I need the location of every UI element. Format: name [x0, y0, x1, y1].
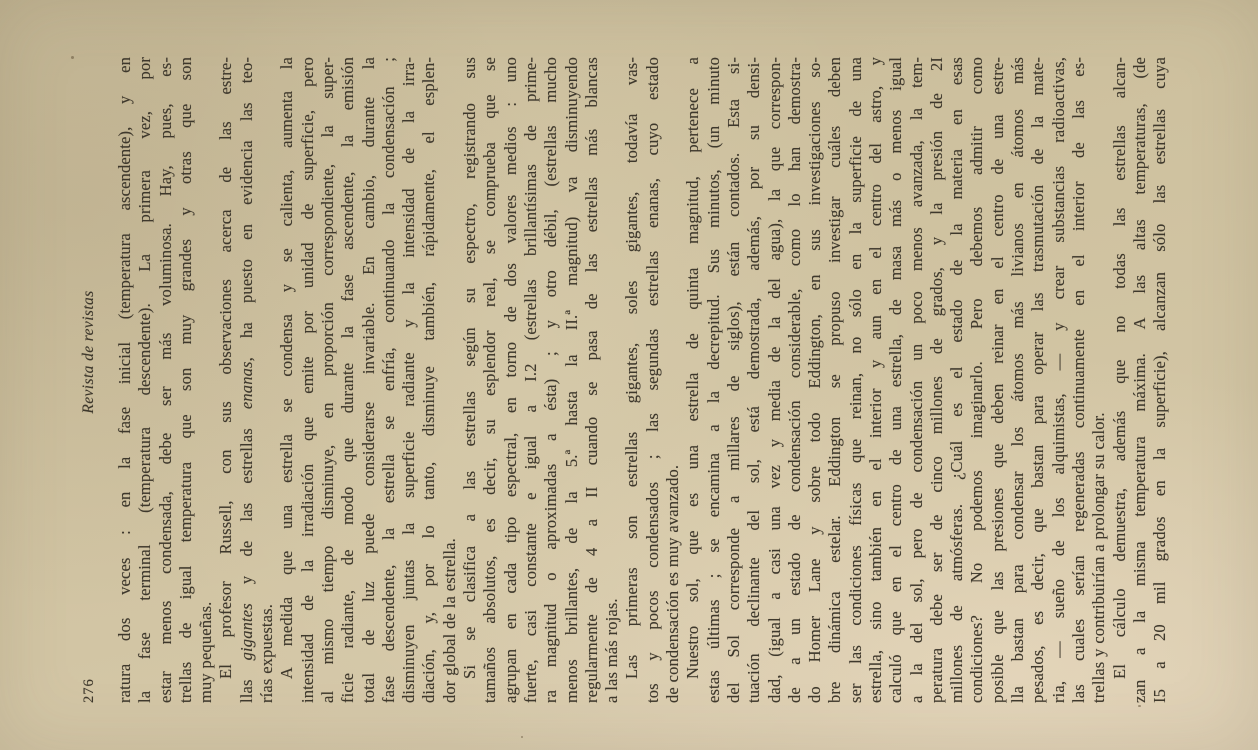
text-line: al mismo tiempo disminuye, en proporción… [318, 57, 338, 703]
text-line: A medida que una estrella se condensa y … [277, 57, 297, 703]
text-line: a la del sol, pero de condensación un po… [907, 57, 927, 703]
text-line: a las más rojas. [602, 57, 622, 703]
text-line: las cuales serían regeneradas continuame… [1069, 57, 1089, 703]
text-line: la fase terminal (temperatura descendent… [135, 57, 155, 703]
text-line: agrupan en cada tipo espectral, en torno… [501, 57, 521, 703]
text-line: Si se clasifica a las estrellas según su… [460, 57, 480, 703]
text-line: estas últimas ; se encamina a la decrepi… [704, 57, 724, 703]
text-line: El profesor Russell, con sus observacion… [216, 57, 236, 703]
text-line: posible que las presiones que deben rein… [988, 57, 1008, 703]
text-line: millones de atmósferas. ¿Cuál es el esta… [947, 57, 967, 703]
text-line: muy pequeñas. [196, 57, 216, 703]
text-line: ficie radiante, de modo que durante la f… [338, 57, 358, 703]
text-line: de condensación es muy avanzado. [663, 57, 683, 703]
text-line: condiciones? No podemos imaginarlo. Pero… [967, 57, 987, 703]
text-line: pesados, es decir, que bastan para opera… [1028, 57, 1048, 703]
text-line: ser las condiciones físicas que reinan, … [846, 57, 866, 703]
text-line: llas gigantes y de las estrellas enanas,… [237, 57, 257, 703]
text-line: Las primeras son estrellas gigantes, sol… [622, 57, 642, 703]
journal-title: Revista de revistas [80, 121, 98, 583]
page-body: ratura dos veces : en la fase inicial (t… [115, 57, 1170, 703]
text-line: peratura debe ser de cinco millones de g… [927, 57, 947, 703]
text-line: disminuyen juntas la superficie radiante… [399, 57, 419, 703]
text-line: zan a la misma temperatura máxima. A las… [1130, 57, 1150, 703]
text-line: El cálculo demuestra, además que no toda… [1110, 57, 1130, 703]
text-line: bre dinámica estelar. Eddington se propu… [825, 57, 845, 703]
text-line: rías expuestas. [257, 57, 277, 703]
text-line: tamaños absolutos, es decir, su esplendo… [480, 57, 500, 703]
text-line: dad, (igual a casi una vez y media de la… [765, 57, 785, 703]
text-line: diación, y, por lo tanto, disminuye tamb… [419, 57, 439, 703]
text-line: Nuestro sol, que es una estrella de quin… [683, 57, 703, 703]
text-line: lla bastan para condensar los átomos más… [1008, 57, 1028, 703]
page-header: 276 Revista de revistas [80, 57, 102, 703]
text-line: intensidad de la irradiación que emite p… [298, 57, 318, 703]
text-line: total de luz puede considerarse invariab… [359, 57, 379, 703]
text-line: ria, — sueño de los alquimistas, — y cre… [1049, 57, 1069, 703]
text-line: tuación declinante del sol, está demostr… [744, 57, 764, 703]
text-line: trellas y contribuirían a prolongar su c… [1089, 57, 1109, 703]
text-line: menos brillantes, de la 5.ª hasta la II.… [562, 57, 582, 703]
text-line: fuerte, casi constante e igual a I.2 (es… [521, 57, 541, 703]
text-line: de a un estado de condensación considera… [785, 57, 805, 703]
text-line: do Homer Lane y sobre todo Eddington, en… [805, 57, 825, 703]
scanned-page: 276 Revista de revistas ratura dos veces… [0, 0, 1258, 750]
page-content: 276 Revista de revistas ratura dos veces… [0, 0, 1258, 750]
text-line: estrella, sino también en el interior y … [866, 57, 886, 703]
text-line: fase descendente, la estrella se enfría,… [379, 57, 399, 703]
text-line: ratura dos veces : en la fase inicial (t… [115, 57, 135, 703]
text-line: ra magnitud o aproximadas a ésta) ; y ot… [541, 57, 561, 703]
text-line: trellas de igual temperatura que son muy… [176, 57, 196, 703]
text-line: calculó que en el centro de una estrella… [886, 57, 906, 703]
text-line: regularmente de 4 a II cuando se pasa de… [582, 57, 602, 703]
text-line: tos y pocos condensados ; las segundas e… [643, 57, 663, 703]
text-line: del Sol corresponde a millares de siglos… [724, 57, 744, 703]
text-line: estar menos condensada, debe ser más vol… [156, 57, 176, 703]
page-number: 276 [81, 583, 98, 703]
text-line: dor global de la estrella. [440, 57, 460, 703]
text-line: I5 a 20 mil grados en la superficie), al… [1150, 57, 1170, 703]
